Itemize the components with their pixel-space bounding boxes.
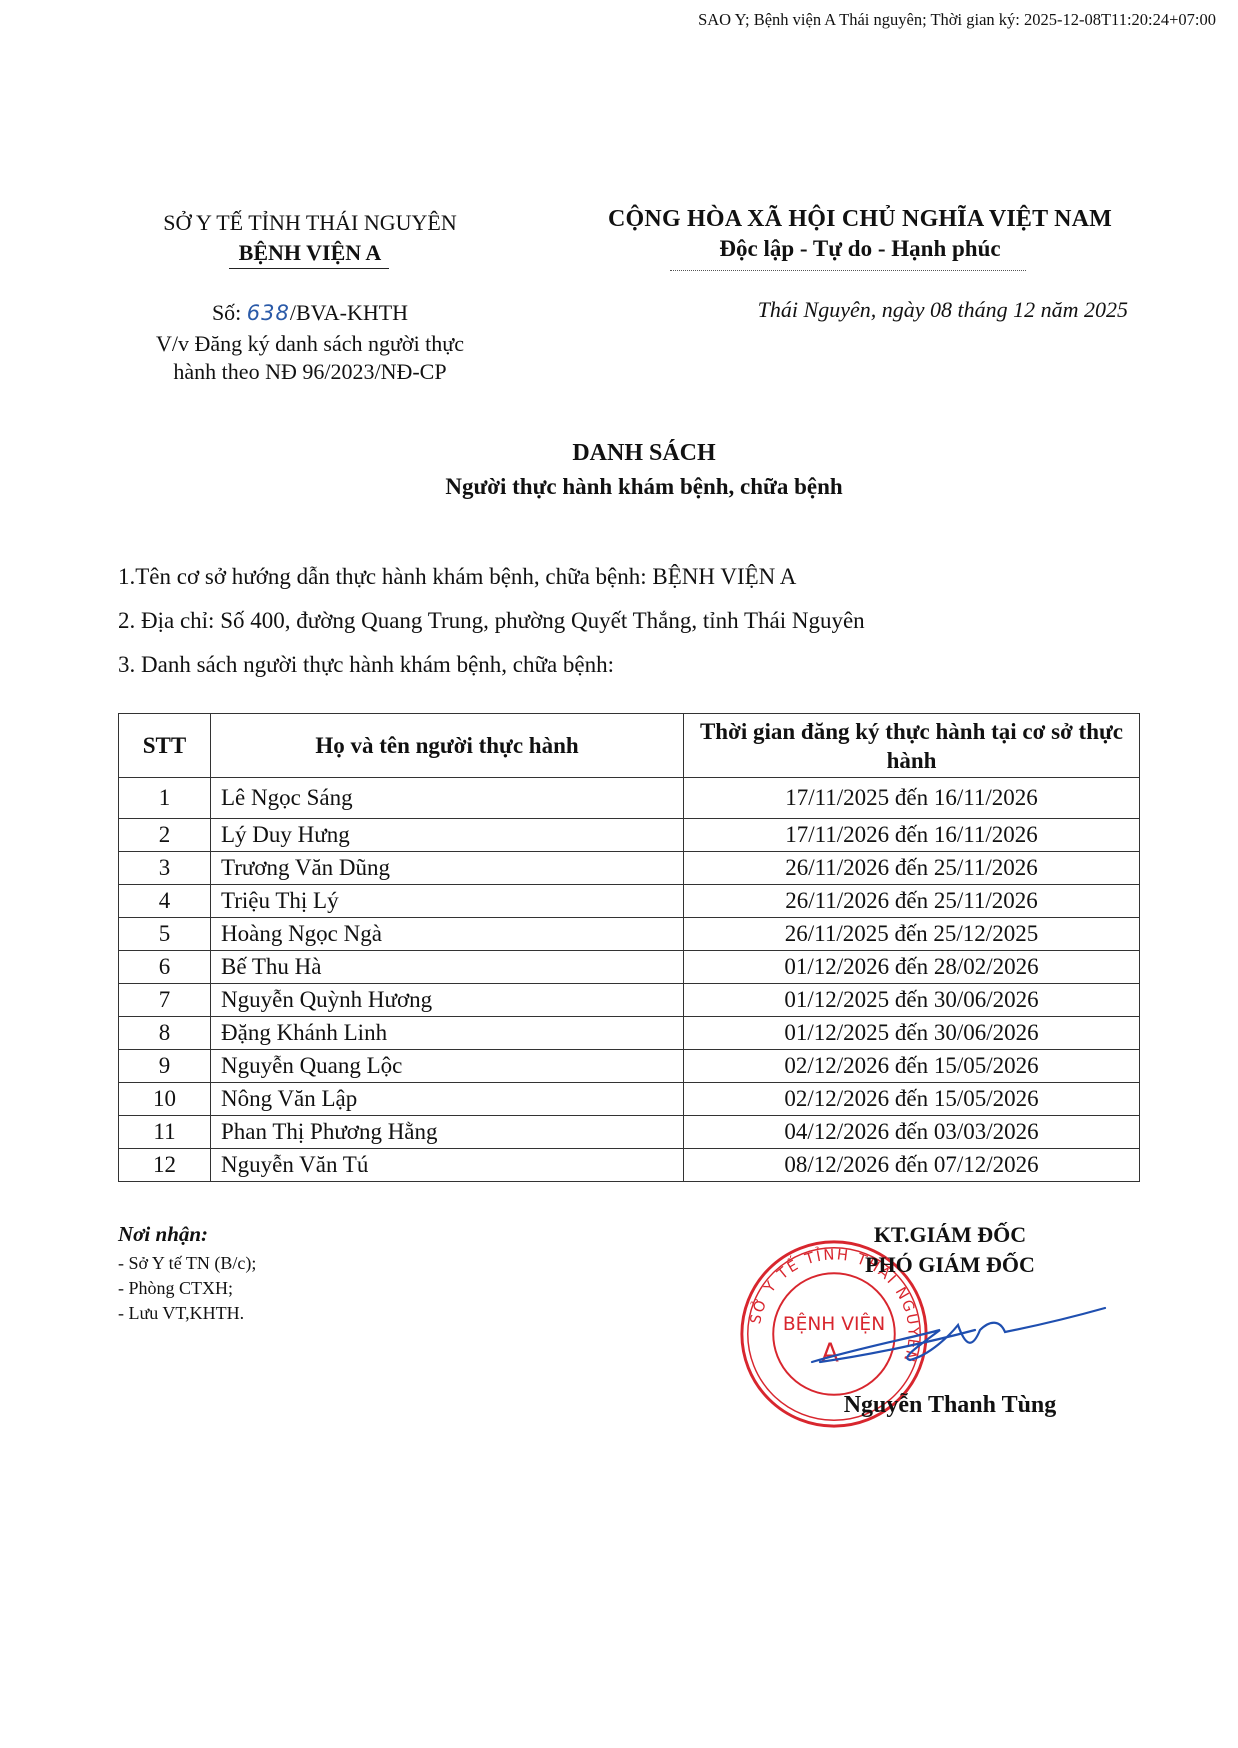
table-row: 6Bế Thu Hà01/12/2026 đến 28/02/2026 — [119, 951, 1140, 984]
cell-stt: 12 — [119, 1149, 211, 1182]
cell-name: Nông Văn Lập — [211, 1083, 684, 1116]
document-subject: V/v Đăng ký danh sách người thực hành th… — [110, 330, 510, 386]
cell-name: Lê Ngọc Sáng — [211, 778, 684, 819]
header-name: Họ và tên người thực hành — [211, 714, 684, 778]
cell-stt: 4 — [119, 885, 211, 918]
cell-period: 02/12/2026 đến 15/05/2026 — [684, 1083, 1140, 1116]
doc-no-label: Số: — [212, 300, 241, 325]
info-address: 2. Địa chỉ: Số 400, đường Quang Trung, p… — [118, 608, 865, 634]
cell-stt: 11 — [119, 1116, 211, 1149]
cell-name: Nguyễn Quang Lộc — [211, 1050, 684, 1083]
recipient-item: - Sở Y tế TN (B/c); — [118, 1253, 256, 1274]
header-period: Thời gian đăng ký thực hành tại cơ sở th… — [684, 714, 1140, 778]
recipients-title: Nơi nhận: — [118, 1222, 208, 1247]
cell-stt: 2 — [119, 819, 211, 852]
cell-name: Bế Thu Hà — [211, 951, 684, 984]
table-row: 8Đặng Khánh Linh01/12/2025 đến 30/06/202… — [119, 1017, 1140, 1050]
table-row: 2Lý Duy Hưng17/11/2026 đến 16/11/2026 — [119, 819, 1140, 852]
cell-stt: 9 — [119, 1050, 211, 1083]
cell-stt: 5 — [119, 918, 211, 951]
header-stt: STT — [119, 714, 211, 778]
document-title: DANH SÁCH — [0, 440, 1238, 467]
recipient-item: - Phòng CTXH; — [118, 1278, 233, 1299]
table-row: 10Nông Văn Lập02/12/2026 đến 15/05/2026 — [119, 1083, 1140, 1116]
org-underline — [229, 268, 389, 269]
signature-title-1: KT.GIÁM ĐỐC — [770, 1222, 1130, 1248]
cell-stt: 3 — [119, 852, 211, 885]
cell-period: 01/12/2025 đến 30/06/2026 — [684, 1017, 1140, 1050]
subject-line-2: hành theo NĐ 96/2023/NĐ-CP — [110, 358, 510, 386]
cell-stt: 6 — [119, 951, 211, 984]
table-row: 7Nguyễn Quỳnh Hương01/12/2025 đến 30/06/… — [119, 984, 1140, 1017]
cell-stt: 1 — [119, 778, 211, 819]
cell-name: Lý Duy Hưng — [211, 819, 684, 852]
dateline: Thái Nguyên, ngày 08 tháng 12 năm 2025 — [560, 297, 1128, 323]
cell-name: Đặng Khánh Linh — [211, 1017, 684, 1050]
doc-no-suffix: /BVA-KHTH — [290, 300, 408, 325]
info-facility-name: 1.Tên cơ sở hướng dẫn thực hành khám bện… — [118, 564, 796, 590]
national-title: CỘNG HÒA XÃ HỘI CHỦ NGHĨA VIỆT NAM — [560, 206, 1160, 233]
cell-name: Nguyễn Quỳnh Hương — [211, 984, 684, 1017]
cell-stt: 10 — [119, 1083, 211, 1116]
table-row: 1Lê Ngọc Sáng17/11/2025 đến 16/11/2026 — [119, 778, 1140, 819]
cell-name: Phan Thị Phương Hằng — [211, 1116, 684, 1149]
doc-no-handwritten: 638 — [247, 301, 290, 325]
copy-certification-note: SAO Y; Bệnh viện A Thái nguyên; Thời gia… — [698, 10, 1216, 30]
cell-stt: 8 — [119, 1017, 211, 1050]
info-list-heading: 3. Danh sách người thực hành khám bệnh, … — [118, 652, 614, 678]
cell-period: 26/11/2026 đến 25/11/2026 — [684, 852, 1140, 885]
table-row: 4Triệu Thị Lý26/11/2026 đến 25/11/2026 — [119, 885, 1140, 918]
cell-period: 01/12/2026 đến 28/02/2026 — [684, 951, 1140, 984]
cell-period: 08/12/2026 đến 07/12/2026 — [684, 1149, 1140, 1182]
cell-name: Trương Văn Dũng — [211, 852, 684, 885]
cell-period: 01/12/2025 đến 30/06/2026 — [684, 984, 1140, 1017]
cell-name: Triệu Thị Lý — [211, 885, 684, 918]
motto-underline — [670, 270, 1026, 271]
handwritten-signature-icon — [800, 1300, 1110, 1380]
cell-period: 02/12/2026 đến 15/05/2026 — [684, 1050, 1140, 1083]
cell-period: 17/11/2026 đến 16/11/2026 — [684, 819, 1140, 852]
cell-name: Hoàng Ngọc Ngà — [211, 918, 684, 951]
agency-name: SỞ Y TẾ TỈNH THÁI NGUYÊN — [110, 210, 510, 236]
document-subtitle: Người thực hành khám bệnh, chữa bệnh — [0, 474, 1238, 500]
cell-period: 17/11/2025 đến 16/11/2026 — [684, 778, 1140, 819]
document-number: Số: 638/BVA-KHTH — [110, 300, 510, 326]
practitioner-table: STT Họ và tên người thực hành Thời gian … — [118, 713, 1140, 1182]
table-row: 3Trương Văn Dũng26/11/2026 đến 25/11/202… — [119, 852, 1140, 885]
national-motto: Độc lập - Tự do - Hạnh phúc — [560, 236, 1160, 262]
table-row: 11Phan Thị Phương Hằng04/12/2026 đến 03/… — [119, 1116, 1140, 1149]
table-row: 5Hoàng Ngọc Ngà26/11/2025 đến 25/12/2025 — [119, 918, 1140, 951]
recipient-item: - Lưu VT,KHTH. — [118, 1303, 244, 1324]
cell-period: 04/12/2026 đến 03/03/2026 — [684, 1116, 1140, 1149]
signer-name: Nguyễn Thanh Tùng — [770, 1392, 1130, 1419]
cell-stt: 7 — [119, 984, 211, 1017]
table-row: 9Nguyễn Quang Lộc02/12/2026 đến 15/05/20… — [119, 1050, 1140, 1083]
cell-period: 26/11/2025 đến 25/12/2025 — [684, 918, 1140, 951]
subject-line-1: V/v Đăng ký danh sách người thực — [110, 330, 510, 358]
table-row: 12Nguyễn Văn Tú08/12/2026 đến 07/12/2026 — [119, 1149, 1140, 1182]
signature-title-2: PHÓ GIÁM ĐỐC — [770, 1252, 1130, 1278]
table-header-row: STT Họ và tên người thực hành Thời gian … — [119, 714, 1140, 778]
cell-name: Nguyễn Văn Tú — [211, 1149, 684, 1182]
organization-name: BỆNH VIỆN A — [110, 240, 510, 266]
cell-period: 26/11/2026 đến 25/11/2026 — [684, 885, 1140, 918]
